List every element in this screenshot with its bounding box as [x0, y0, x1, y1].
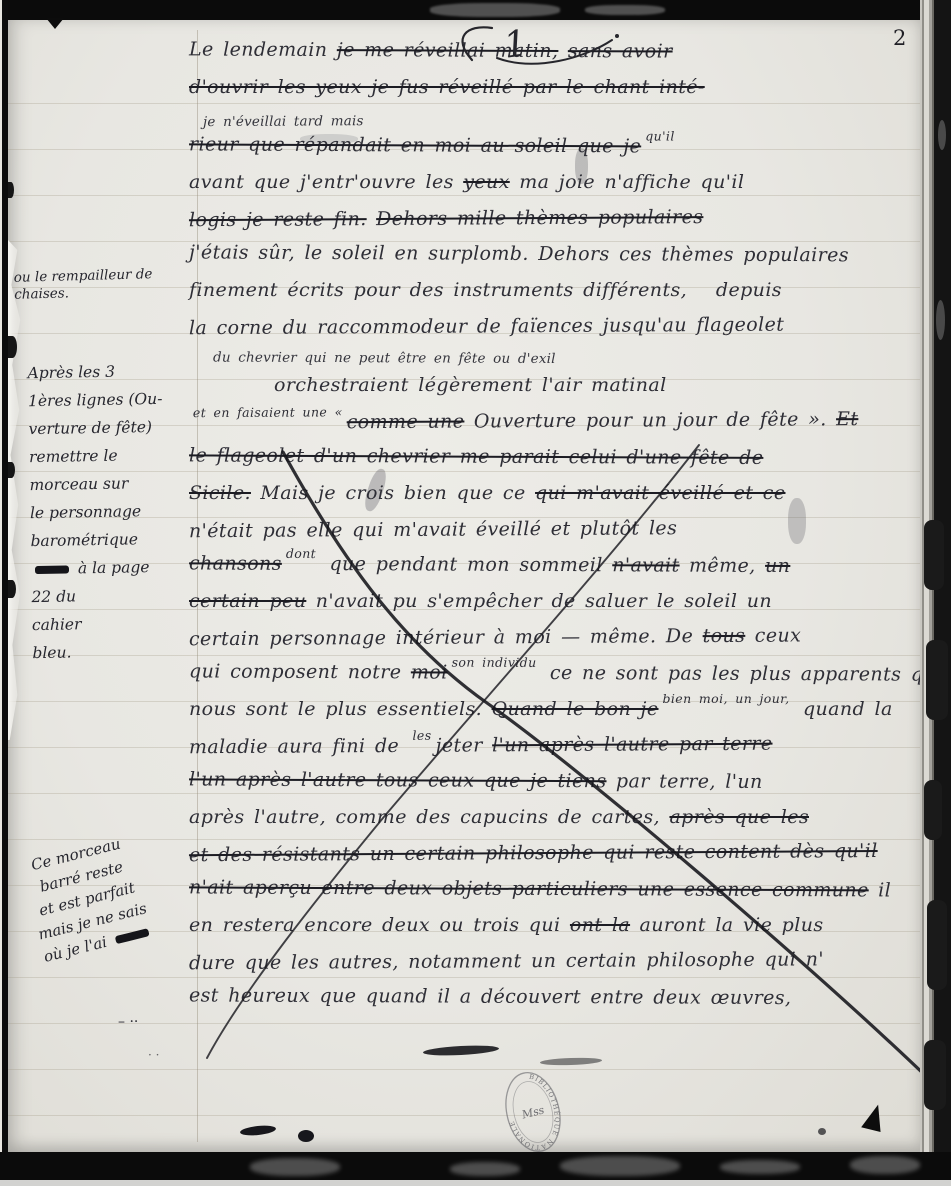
struck-text: Sicile.	[189, 482, 251, 504]
handwritten-text: nous sont le plus essentiels.	[189, 698, 492, 720]
fore-edge-shadow	[924, 520, 944, 590]
handwritten-text: même,	[680, 555, 766, 577]
handwritten-text: du chevrier qui ne peut être en fête ou …	[213, 350, 556, 367]
handwritten-text: morceau sur	[29, 474, 128, 494]
handwritten-text: n'était pas elle qui m'avait éveillé et …	[189, 517, 677, 542]
scan-corner-nick	[46, 18, 64, 29]
fore-edge-shadow	[924, 1040, 946, 1110]
manuscript-line: maladie aura fini de lesjeter l'un après…	[189, 732, 913, 772]
marbled-cover-texture	[250, 1158, 340, 1176]
marbled-cover-texture	[430, 3, 560, 17]
margin-dot-marks: · ·	[148, 1048, 159, 1062]
manuscript-line: la corne du raccommodeur de faïences jus…	[189, 313, 913, 353]
scan-border-top	[0, 0, 951, 20]
handwritten-text: n'avait pu s'empêcher de saluer le solei…	[306, 590, 772, 612]
handwritten-text: il	[869, 879, 892, 901]
margin-note-line: le personnage	[30, 497, 165, 527]
margin-note-line: morceau sur	[29, 469, 164, 499]
struck-text: ont la	[570, 914, 630, 936]
interline-insertion: et en faisaient une «	[193, 404, 343, 420]
struck-text: yeux	[463, 171, 510, 193]
manuscript-line: rieur que répandait en moi au soleil que…	[189, 133, 913, 172]
fore-edge-shadow	[924, 780, 942, 840]
margin-note-line: barométrique	[30, 525, 165, 555]
paper-nick	[8, 182, 14, 198]
handwritten-text: ma joie n'affiche qu'il	[510, 171, 745, 193]
margin-note-line: chaises.	[14, 283, 153, 304]
struck-text: qui m'avait éveillé et ce	[535, 482, 785, 504]
manuscript-line: nous sont le plus essentiels. Quand le b…	[189, 698, 913, 734]
handwritten-text: avant que j'entr'ouvre les	[189, 171, 463, 193]
manuscript-line: l'un après l'autre tous ceux que je tien…	[189, 768, 913, 807]
manuscript-line: logis je reste fin. Dehors mille thèmes …	[189, 205, 913, 245]
handwritten-text: Après les 3	[27, 363, 115, 383]
handwritten-text: ceux	[745, 624, 801, 646]
struck-text: tous	[703, 625, 746, 647]
struck-text: n'ait aperçu entre deux objets particuli…	[189, 876, 869, 901]
margin-note-line: 22 du	[31, 581, 166, 611]
manuscript-interline: du chevrier qui ne peut être en fête ou …	[189, 349, 913, 375]
manuscript-line: certain peu n'avait pu s'empêcher de sal…	[189, 590, 913, 626]
struck-text: je me réveillai matin,	[337, 39, 559, 62]
marbled-cover-texture	[450, 1162, 520, 1176]
marbled-cover-texture	[720, 1160, 800, 1174]
struck-text: un	[765, 555, 790, 577]
marbled-cover-texture	[585, 5, 665, 15]
struck-text: n'avait	[612, 554, 679, 576]
margin-note-remettre: Après les 31ères lignes (Ou-verture de f…	[27, 357, 167, 667]
handwritten-text: bleu.	[32, 643, 71, 662]
handwritten-text: 1ères lignes (Ou-	[28, 390, 163, 410]
margin-dash-marks: – ··	[118, 1014, 138, 1030]
interline-insertion: qu'il	[645, 128, 675, 143]
stamp-center-text: Mss	[520, 1103, 546, 1121]
fore-edge-shadow	[927, 900, 947, 990]
manuscript-text: Le lendemain je me réveillai matin, sans…	[189, 40, 913, 1022]
handwritten-text: quand la	[794, 698, 893, 720]
handwritten-text	[558, 40, 568, 62]
margin-note-line: ou le rempailleur de	[14, 266, 153, 287]
manuscript-line: dure que les autres, notamment un certai…	[189, 948, 913, 988]
handwritten-text: barométrique	[30, 530, 138, 550]
struck-text: comme une	[347, 411, 465, 434]
struck-text: l'un après l'autre tous ceux que je tien…	[189, 768, 607, 792]
struck-text: sans avoir	[568, 40, 673, 62]
scanner-bed-strip	[0, 1180, 951, 1186]
scan-border-bottom	[0, 1152, 951, 1180]
manuscript-line: certain personnage intérieur à moi — mêm…	[189, 624, 913, 664]
struck-text: Dehors mille thèmes populaires	[376, 206, 703, 230]
handwritten-text: le personnage	[30, 502, 141, 522]
handwritten-text: ou le rempailleur de	[14, 266, 153, 286]
marbled-cover-texture	[560, 1156, 680, 1176]
struck-text: après que les	[669, 806, 809, 828]
manuscript-line: Le lendemain je me réveillai matin, sans…	[189, 38, 913, 77]
manuscript-line: le flageolet d'un chevrier me parait cel…	[189, 444, 913, 483]
handwritten-text: auront la vie plus	[630, 914, 823, 936]
handwritten-text: dure que les autres, notamment un certai…	[189, 948, 824, 974]
handwritten-text: par terre, l'un	[606, 770, 762, 793]
blacked-out-word	[35, 566, 69, 575]
handwritten-text: jeter	[436, 734, 493, 756]
handwritten-text: certain personnage intérieur à moi — mêm…	[189, 625, 703, 650]
handwritten-text	[367, 208, 377, 230]
ink-blot	[298, 1130, 314, 1142]
manuscript-line: j'étais sûr, le soleil en surplomb. Deho…	[189, 241, 913, 280]
handwritten-text: remettre le	[29, 447, 118, 467]
margin-note-rempailleur: ou le rempailleur dechaises.	[14, 266, 154, 304]
fore-edge-shadow	[926, 640, 948, 720]
manuscript-line: avant que j'entr'ouvre les yeux ma joie …	[189, 171, 913, 207]
manuscript-line: et des résistants un certain philosophe …	[189, 840, 913, 880]
manuscript-line: finement écrits pour des instruments dif…	[189, 279, 913, 315]
scanned-manuscript-screenshot: { "page": { "folio_number": "2", "sequen…	[0, 0, 951, 1186]
margin-note-line: 1ères lignes (Ou-	[28, 385, 163, 415]
paper-nick	[8, 462, 15, 478]
page-fore-edge	[920, 0, 951, 1186]
handwritten-text: chaises.	[14, 285, 69, 302]
struck-text: logis je reste fin.	[189, 208, 367, 231]
margin-note-line: verture de fête)	[28, 413, 163, 443]
folio-number: 2	[893, 26, 906, 50]
manuscript-line: n'ait aperçu entre deux objets particuli…	[189, 876, 913, 915]
struck-text: certain peu	[189, 590, 306, 612]
handwritten-text: la corne du raccommodeur de faïences jus…	[189, 314, 784, 340]
handwritten-text: verture de fête)	[28, 418, 152, 438]
handwritten-text: après l'autre, comme des capucins de car…	[189, 806, 669, 828]
struck-text: l'un après l'autre par terre	[492, 733, 773, 757]
handwritten-text: cahier	[32, 615, 82, 634]
struck-text: moi	[411, 661, 448, 683]
manuscript-line: et en faisaient une «comme une Ouverture…	[189, 408, 913, 448]
fore-edge-speck	[936, 300, 945, 340]
margin-note-line: remettre le	[29, 441, 164, 471]
manuscript-line: en restera encore deux ou trois qui ont …	[189, 914, 913, 950]
handwritten-text: Le lendemain	[189, 38, 337, 61]
handwritten-text: ce ne sont pas les plus apparents qui	[540, 662, 942, 686]
struck-text: chansons	[189, 552, 282, 574]
handwritten-text: maladie aura fini de	[189, 735, 409, 758]
handwritten-text: Ouverture pour un jour de fête ».	[464, 408, 836, 432]
struck-text: rieur que répandait en moi au soleil que…	[189, 133, 641, 157]
manuscript-line: est heureux que quand il a découvert ent…	[189, 984, 913, 1023]
handwritten-text: à la page	[73, 558, 150, 577]
interline-insertion: dont	[286, 546, 316, 561]
manuscript-line: qui composent notre moison individu ce n…	[189, 660, 913, 699]
struck-text: d'ouvrir les yeux je fus réveillé par le…	[189, 76, 705, 98]
fore-edge-speck	[938, 120, 946, 150]
struck-text: et des résistants un certain philosophe …	[189, 840, 878, 866]
paper-nick	[8, 336, 17, 358]
margin-note-line: Après les 3	[27, 357, 162, 387]
struck-text: le flageolet d'un chevrier me parait cel…	[189, 444, 763, 469]
handwritten-text: Mais je crois bien que ce	[251, 482, 535, 504]
manuscript-line: chansonsdont que pendant mon sommeil n'a…	[189, 552, 913, 591]
margin-note-line: à la page	[31, 553, 166, 583]
handwritten-text: 22 du	[31, 587, 76, 606]
handwritten-text: que pendant mon sommeil	[320, 553, 612, 576]
handwritten-text: qui composent notre	[189, 660, 411, 683]
handwritten-text: je n'éveillai tard mais	[203, 113, 364, 130]
interline-insertion: les	[412, 728, 431, 743]
struck-text: Et	[836, 408, 858, 430]
handwritten-text: est heureux que quand il a découvert ent…	[189, 984, 791, 1009]
marbled-cover-texture	[850, 1156, 920, 1174]
handwritten-text: finement écrits pour des instruments dif…	[189, 279, 782, 301]
interline-insertion: son individu	[452, 655, 537, 670]
blacked-out-word	[114, 928, 149, 944]
margin-note-line: cahier	[32, 609, 167, 639]
manuscript-line: d'ouvrir les yeux je fus réveillé par le…	[189, 76, 913, 112]
handwritten-text: j'étais sûr, le soleil en surplomb. Deho…	[189, 241, 849, 266]
interline-insertion: bien moi, un jour,	[663, 691, 790, 706]
manuscript-line: Sicile. Mais je crois bien que ce qui m'…	[189, 482, 913, 518]
ink-blot	[818, 1128, 826, 1135]
margin-note-line: bleu.	[32, 637, 167, 667]
handwritten-text: orchestraient légèrement l'air matinal	[274, 374, 667, 396]
paper-nick	[8, 580, 16, 598]
manuscript-line: après l'autre, comme des capucins de car…	[189, 806, 913, 842]
scan-border-left	[0, 0, 8, 1186]
handwritten-text: en restera encore deux ou trois qui	[189, 914, 570, 936]
struck-text: Quand le bon je	[492, 698, 659, 720]
